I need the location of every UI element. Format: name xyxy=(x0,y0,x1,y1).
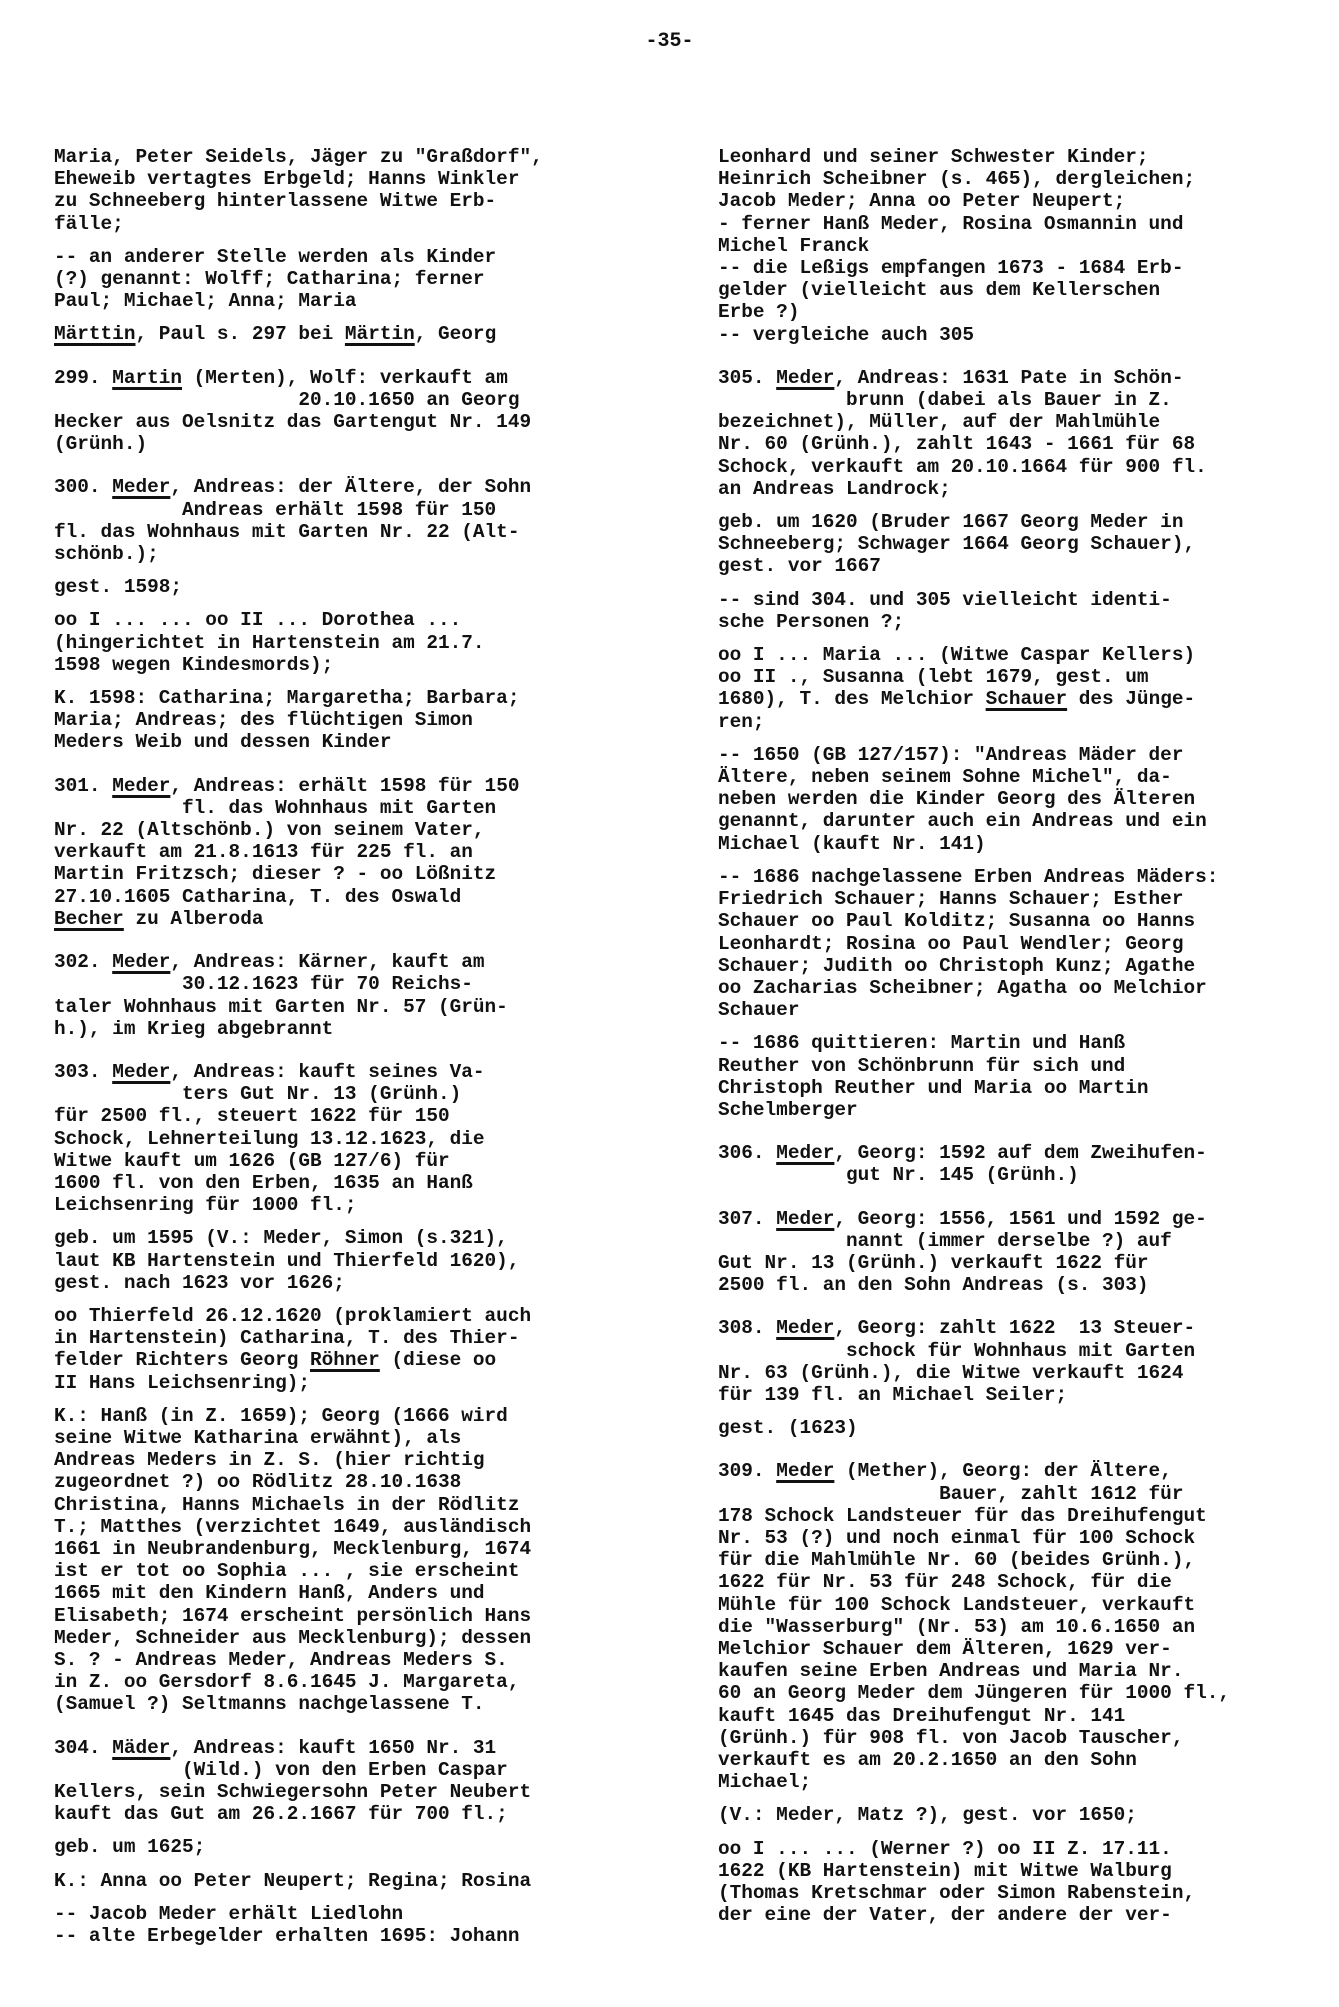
paragraph: oo I ... ... oo II ... Dorothea ... (hin… xyxy=(54,609,634,676)
paragraph: gest. 1598; xyxy=(54,576,634,598)
paragraph: oo I ... ... (Werner ?) oo II Z. 17.11. … xyxy=(718,1838,1318,1927)
paragraph: geb. um 1625; xyxy=(54,1836,634,1858)
paragraph: -- 1686 quittieren: Martin und Hanß Reut… xyxy=(718,1032,1318,1121)
paragraph: -- Jacob Meder erhält Liedlohn -- alte E… xyxy=(54,1903,634,1947)
paragraph: Leonhard und seiner Schwester Kinder; He… xyxy=(718,146,1318,346)
paragraph: K. 1598: Catharina; Margaretha; Barbara;… xyxy=(54,687,634,754)
paragraph: 301. Meder, Andreas: erhält 1598 für 150… xyxy=(54,775,634,930)
right-column: Leonhard und seiner Schwester Kinder; He… xyxy=(718,146,1318,1937)
surname-underlined: Mäder xyxy=(112,1737,170,1759)
surname-underlined: Schauer xyxy=(986,688,1067,710)
paragraph: 299. Martin (Merten), Wolf: verkauft am … xyxy=(54,367,634,456)
paragraph: 303. Meder, Andreas: kauft seines Va- te… xyxy=(54,1061,634,1216)
surname-underlined: Meder xyxy=(112,476,170,498)
paragraph: 308. Meder, Georg: zahlt 1622 13 Steuer-… xyxy=(718,1317,1318,1406)
paragraph: 305. Meder, Andreas: 1631 Pate in Schön-… xyxy=(718,367,1318,500)
paragraph: 309. Meder (Mether), Georg: der Ältere, … xyxy=(718,1460,1318,1793)
surname-underlined: Meder xyxy=(112,951,170,973)
surname-underlined: Martin xyxy=(112,367,182,389)
paragraph: 304. Mäder, Andreas: kauft 1650 Nr. 31 (… xyxy=(54,1737,634,1826)
paragraph: -- 1686 nachgelassene Erben Andreas Mäde… xyxy=(718,866,1318,1021)
paragraph: (V.: Meder, Matz ?), gest. vor 1650; xyxy=(718,1804,1318,1826)
paragraph: Maria, Peter Seidels, Jäger zu "Graßdorf… xyxy=(54,146,634,235)
paragraph: geb. um 1595 (V.: Meder, Simon (s.321), … xyxy=(54,1227,634,1294)
paragraph: gest. (1623) xyxy=(718,1417,1318,1439)
surname-underlined: Meder xyxy=(776,1460,834,1482)
surname-underlined: Meder xyxy=(112,775,170,797)
page-number: -35- xyxy=(0,30,1339,53)
paragraph: oo Thierfeld 26.12.1620 (proklamiert auc… xyxy=(54,1305,634,1394)
paragraph: K.: Anna oo Peter Neupert; Regina; Rosin… xyxy=(54,1870,634,1892)
surname-underlined: Meder xyxy=(776,1142,834,1164)
paragraph: 302. Meder, Andreas: Kärner, kauft am 30… xyxy=(54,951,634,1040)
paragraph: Märttin, Paul s. 297 bei Märtin, Georg xyxy=(54,323,634,345)
surname-underlined: Märttin xyxy=(54,323,135,345)
surname-underlined: Becher xyxy=(54,908,124,930)
surname-underlined: Röhner xyxy=(310,1349,380,1371)
surname-underlined: Märtin xyxy=(345,323,415,345)
surname-underlined: Meder xyxy=(776,1208,834,1230)
paragraph: -- 1650 (GB 127/157): "Andreas Mäder der… xyxy=(718,744,1318,855)
surname-underlined: Meder xyxy=(112,1061,170,1083)
paragraph: 300. Meder, Andreas: der Ältere, der Soh… xyxy=(54,476,634,565)
paragraph: geb. um 1620 (Bruder 1667 Georg Meder in… xyxy=(718,511,1318,578)
paragraph: 306. Meder, Georg: 1592 auf dem Zweihufe… xyxy=(718,1142,1318,1186)
paragraph: -- sind 304. und 305 vielleicht identi- … xyxy=(718,589,1318,633)
surname-underlined: Meder xyxy=(776,1317,834,1339)
paragraph: -- an anderer Stelle werden als Kinder (… xyxy=(54,246,634,313)
surname-underlined: Meder xyxy=(776,367,834,389)
left-column: Maria, Peter Seidels, Jäger zu "Graßdorf… xyxy=(54,146,634,1958)
paragraph: oo I ... Maria ... (Witwe Caspar Kellers… xyxy=(718,644,1318,733)
paragraph: 307. Meder, Georg: 1556, 1561 und 1592 g… xyxy=(718,1208,1318,1297)
paragraph: K.: Hanß (in Z. 1659); Georg (1666 wird … xyxy=(54,1405,634,1716)
